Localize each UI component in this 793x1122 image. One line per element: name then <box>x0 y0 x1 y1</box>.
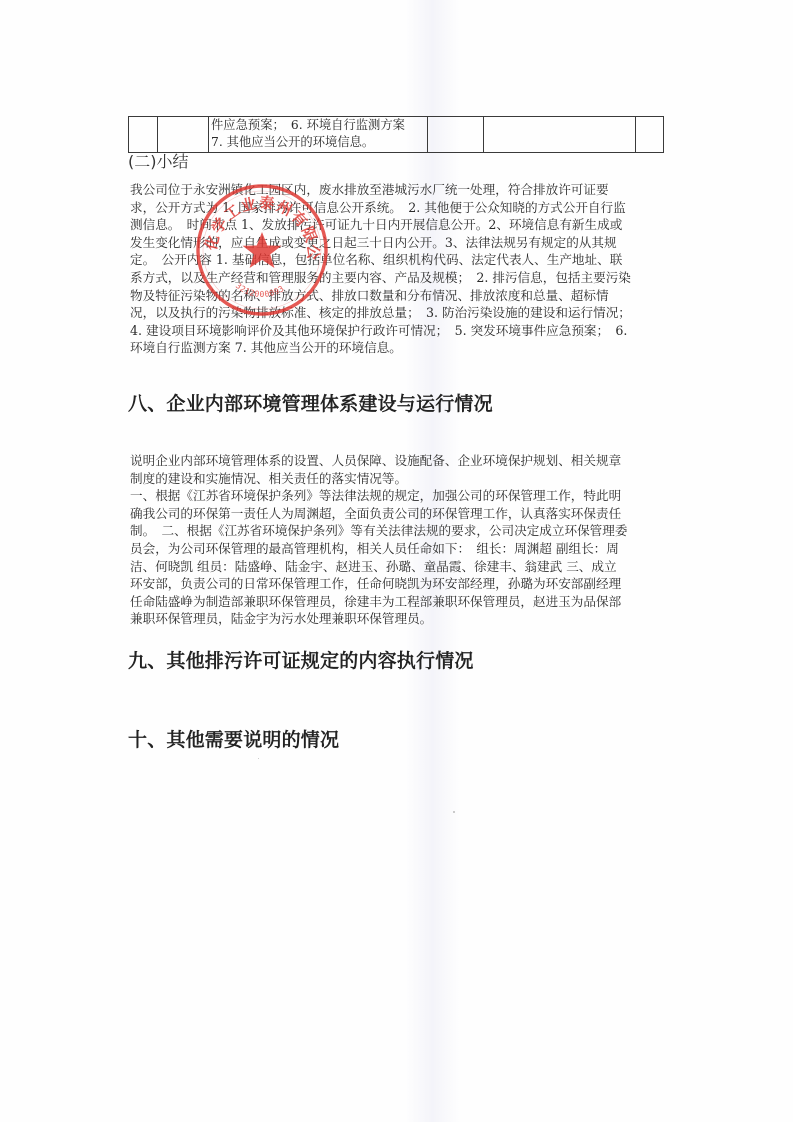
table-cell <box>129 117 158 153</box>
scan-speck <box>258 758 259 759</box>
paragraph-line: 制。 二、根据《江苏省环境保护条列》等有关法律法规的要求，公司决定成立环保管理委 <box>130 522 670 540</box>
table-cell <box>428 117 484 153</box>
section-8-paragraph: 说明企业内部环境管理体系的设置、人员保障、设施配备、企业环境保护规划、相关规章 … <box>130 452 670 628</box>
paragraph-line: 制度的建设和实施情况、相关责任的落实情况等。 <box>130 470 670 488</box>
paragraph-line: 4. 建设项目环境影响评价及其他环境保护行政许可情况； 5. 突发环境事件应急预… <box>130 322 670 340</box>
paragraph-line: 求，公开方式为 1. 国家排污许可信息公开系统。 2. 其他便于公众知晓的方式公… <box>130 199 670 217</box>
paragraph-line: 确我公司的环保第一责任人为周渊超，全面负责公司的环保管理工作，认真落实环保责任 <box>130 505 670 523</box>
summary-heading: (二)小结 <box>128 152 189 172</box>
summary-paragraph: 我公司位于永安洲镇化工园区内，废水排放至港城污水厂统一处理，符合排放许可证要 求… <box>130 181 670 357</box>
paragraph-line: 员会，为公司环保管理的最高管理机构，相关人员任命如下： 组长：周渊超 副组长：周 <box>130 540 670 558</box>
table-cell <box>636 117 664 153</box>
document-page: 件应急预案； 6. 环境自行监测方案 7. 其他应当公开的环境信息。 (二)小结… <box>0 0 793 1122</box>
table-row: 件应急预案； 6. 环境自行监测方案 7. 其他应当公开的环境信息。 <box>129 117 664 153</box>
paragraph-line: 一、根据《江苏省环境保护条列》等法律法规的规定，加强公司的环保管理工作，特此明 <box>130 487 670 505</box>
paragraph-line: 系方式，以及生产经营和管理服务的主要内容、产品及规模； 2. 排污信息，包括主要… <box>130 269 670 287</box>
paragraph-line: 说明企业内部环境管理体系的设置、人员保障、设施配备、企业环境保护规划、相关规章 <box>130 452 670 470</box>
paragraph-line: 定。 公开内容 1. 基础信息，包括单位名称、组织机构代码、法定代表人、生产地址… <box>130 251 670 269</box>
scan-speck <box>453 811 455 813</box>
paragraph-line: 测信息。 时间节点 1、发放排污许可证九十日内开展信息公开。2、环境信息有新生成… <box>130 216 670 234</box>
section-8-heading: 八、企业内部环境管理体系建设与运行情况 <box>128 392 493 416</box>
paragraph-line: 任命陆盛峥为制造部兼职环保管理员，徐建丰为工程部兼职环保管理员，赵进玉为品保部 <box>130 593 670 611</box>
paragraph-line: 环境自行监测方案 7. 其他应当公开的环境信息。 <box>130 339 670 357</box>
paragraph-line: 况，以及执行的污染物排放标准、核定的排放总量； 3. 防治污染设施的建设和运行情… <box>130 304 670 322</box>
paragraph-line: 环安部，负责公司的日常环保管理工作，任命何晓凯为环安部经理，孙璐为环安部副经理 <box>130 575 670 593</box>
table-cell <box>158 117 209 153</box>
table-cell-line: 7. 其他应当公开的环境信息。 <box>211 134 425 151</box>
paragraph-line: 兼职环保管理员，陆金宇为污水处理兼职环保管理员。 <box>130 610 670 628</box>
table-cell <box>484 117 636 153</box>
paragraph-line: 发生变化情形的，应自生成或变更之日起三十日内公开。3、法律法规另有规定的从其规 <box>130 234 670 252</box>
section-9-heading: 九、其他排污许可证规定的内容执行情况 <box>128 649 474 673</box>
disclosure-table-fragment: 件应急预案； 6. 环境自行监测方案 7. 其他应当公开的环境信息。 <box>128 116 664 153</box>
paragraph-line: 洁、何晓凯 组员：陆盛峥、陆金宇、赵进玉、孙璐、童晶霞、徐建丰、翁建武 三、成立 <box>130 558 670 576</box>
table-cell-line: 件应急预案； 6. 环境自行监测方案 <box>211 117 425 134</box>
paragraph-line: 我公司位于永安洲镇化工园区内，废水排放至港城污水厂统一处理，符合排放许可证要 <box>130 181 670 199</box>
paragraph-line: 物及特征污染物的名称、排放方式、排放口数量和分布情况、排放浓度和总量、超标情 <box>130 287 670 305</box>
section-10-heading: 十、其他需要说明的情况 <box>128 728 339 752</box>
table-cell-content: 件应急预案； 6. 环境自行监测方案 7. 其他应当公开的环境信息。 <box>209 117 428 153</box>
